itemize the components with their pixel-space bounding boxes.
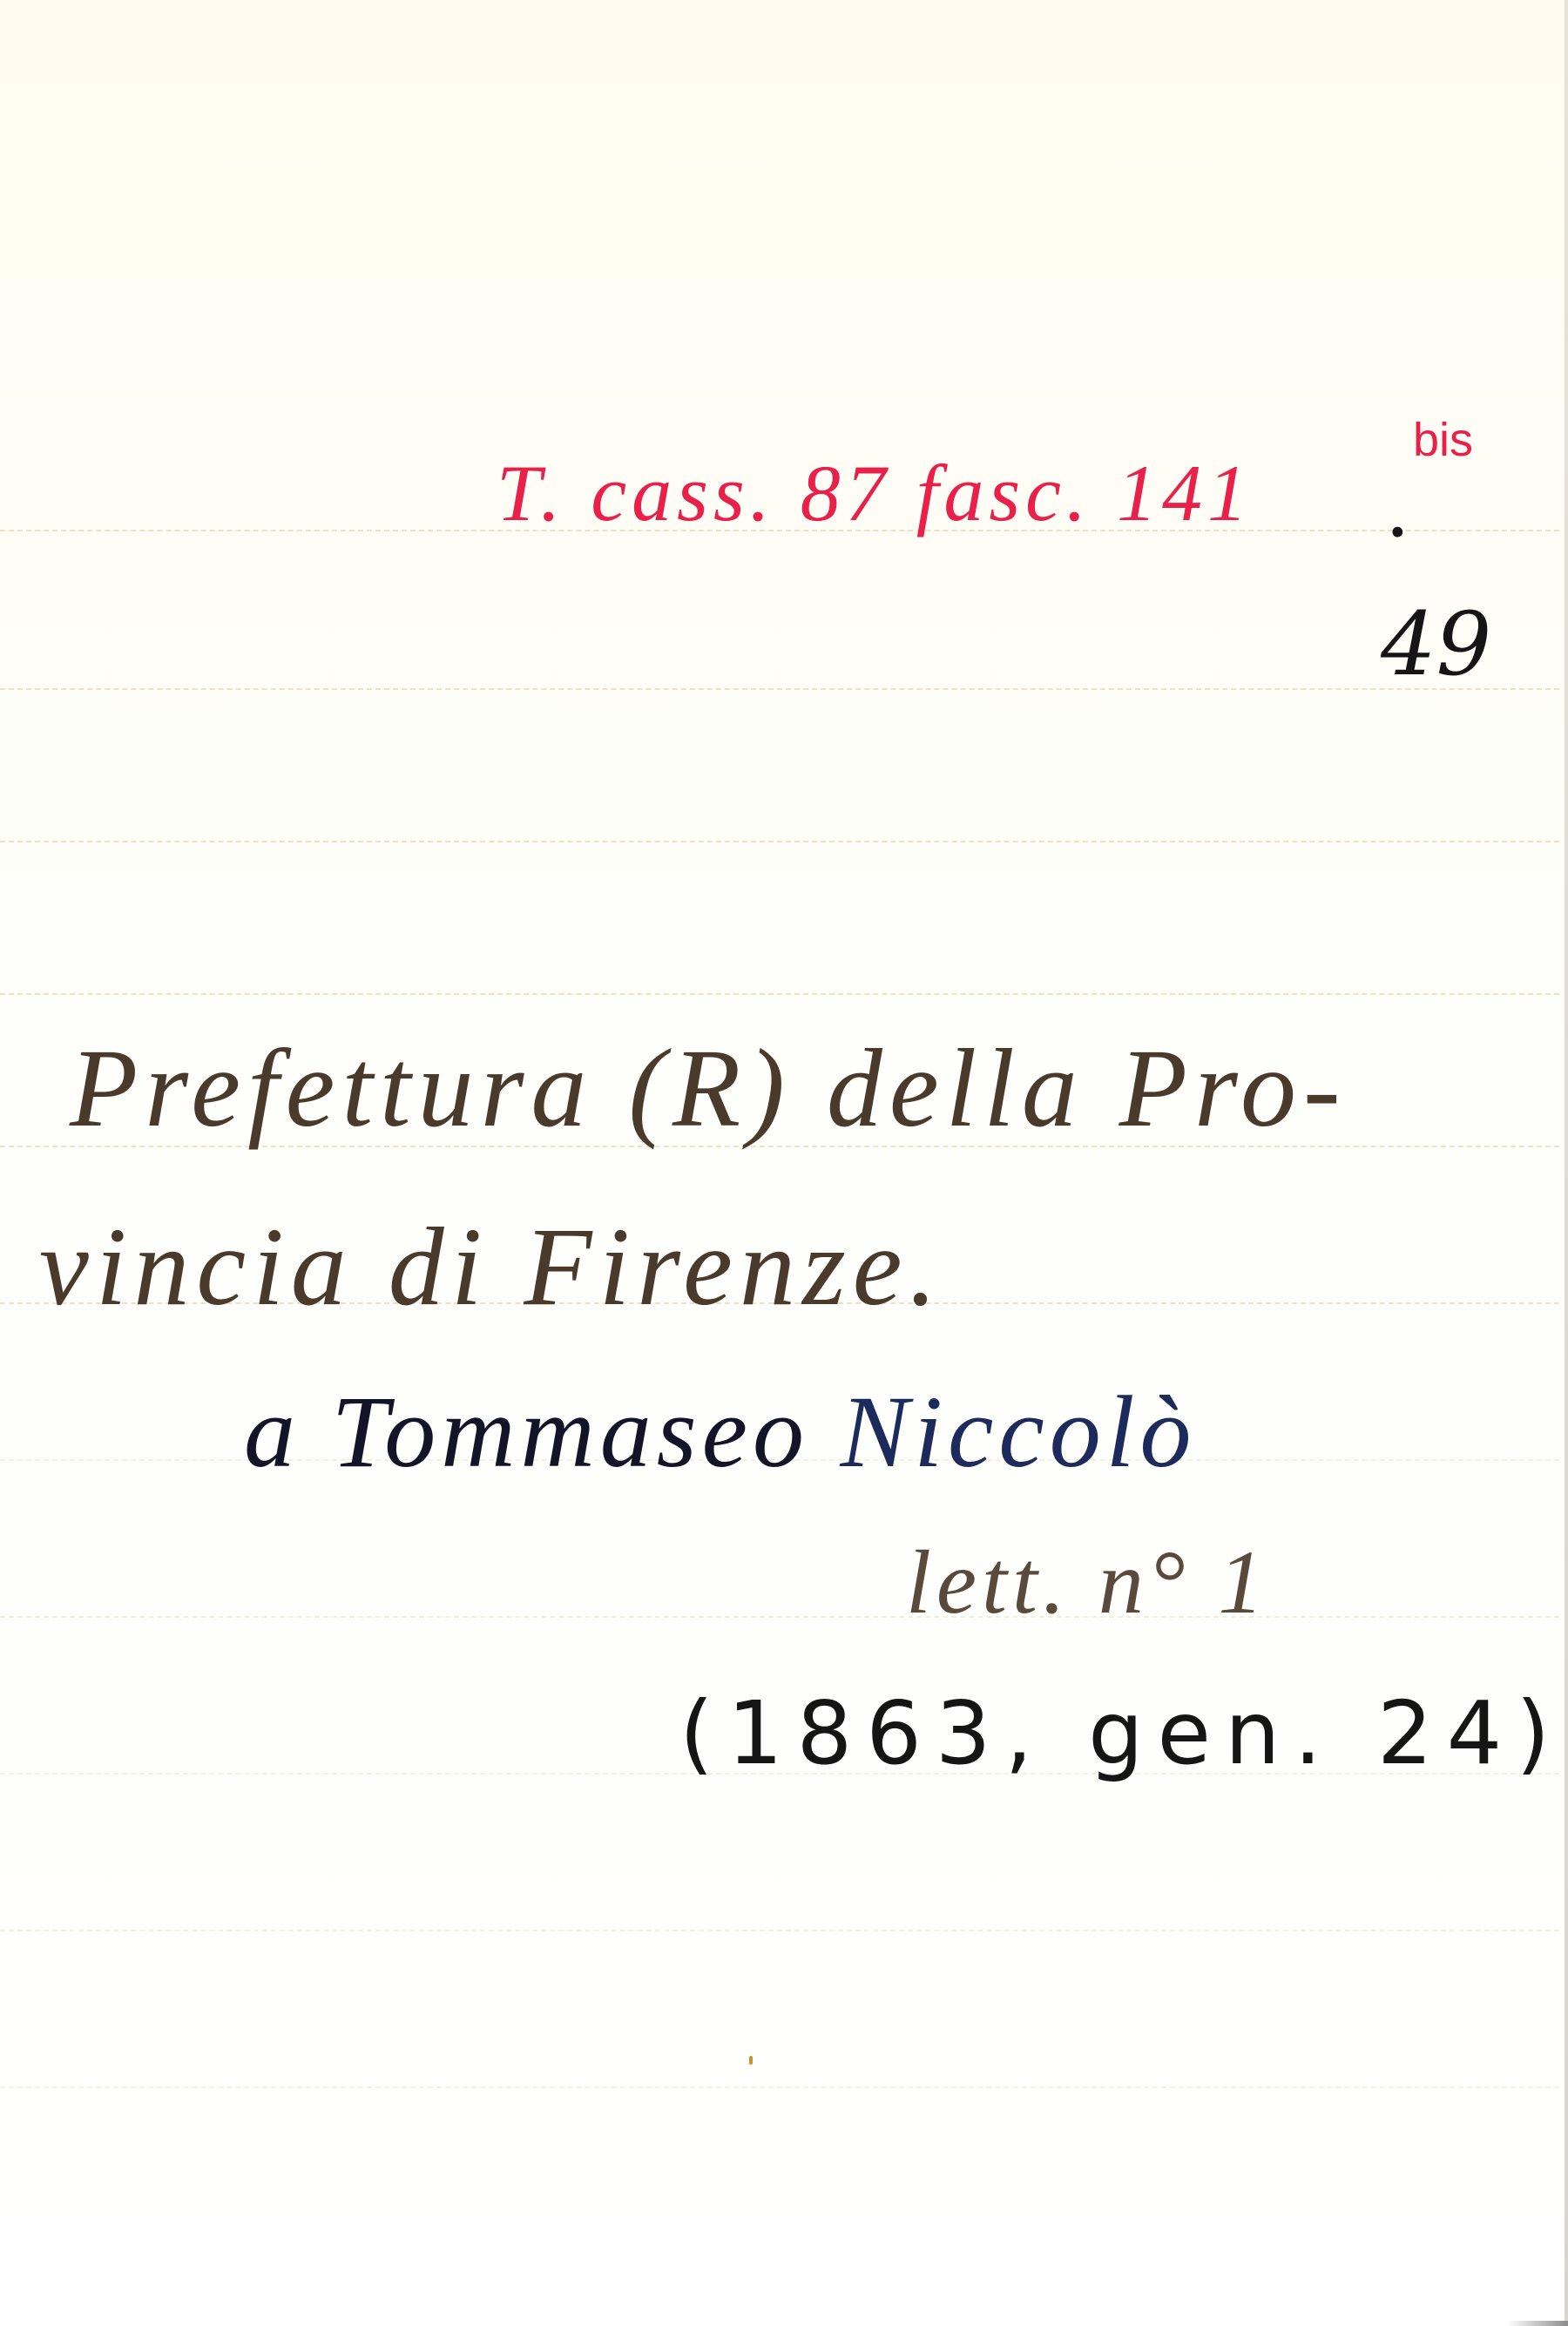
item-number: 49 — [1381, 601, 1491, 688]
ruled-line — [0, 841, 1559, 842]
ruled-line — [0, 1930, 1559, 1931]
ruled-line — [0, 1616, 1559, 1618]
recipient-prefix: a Tommaseo — [244, 1375, 809, 1489]
sender-line-1: Prefettura (R) della Pro- — [70, 1032, 1348, 1144]
letter-reference: lett. n° 1 — [906, 1538, 1268, 1628]
ruled-line — [0, 2086, 1559, 2088]
sender-line-2: vincia di Firenze. — [39, 1211, 944, 1322]
ruled-line — [0, 993, 1559, 995]
ink-speck — [749, 2056, 753, 2065]
shelfmark-bis-superscript: bis — [1413, 416, 1473, 463]
shelfmark: T. cass. 87 fasc. 141 — [497, 453, 1253, 533]
ruled-line — [0, 688, 1559, 690]
shelfmark-text: T. cass. 87 fasc. 141 — [497, 449, 1253, 538]
letter-date: (1863, gen. 24) — [679, 1690, 1564, 1777]
shelfmark-dot: . — [1385, 470, 1410, 549]
catalog-card: T. cass. 87 fasc. 141 bis . 49 Prefettur… — [0, 0, 1568, 2326]
recipient-name: Niccolò — [841, 1375, 1197, 1489]
recipient-line: a Tommaseo Niccolò — [244, 1381, 1197, 1484]
card-edge — [1565, 0, 1568, 2326]
scan-shadow — [1507, 2321, 1568, 2326]
